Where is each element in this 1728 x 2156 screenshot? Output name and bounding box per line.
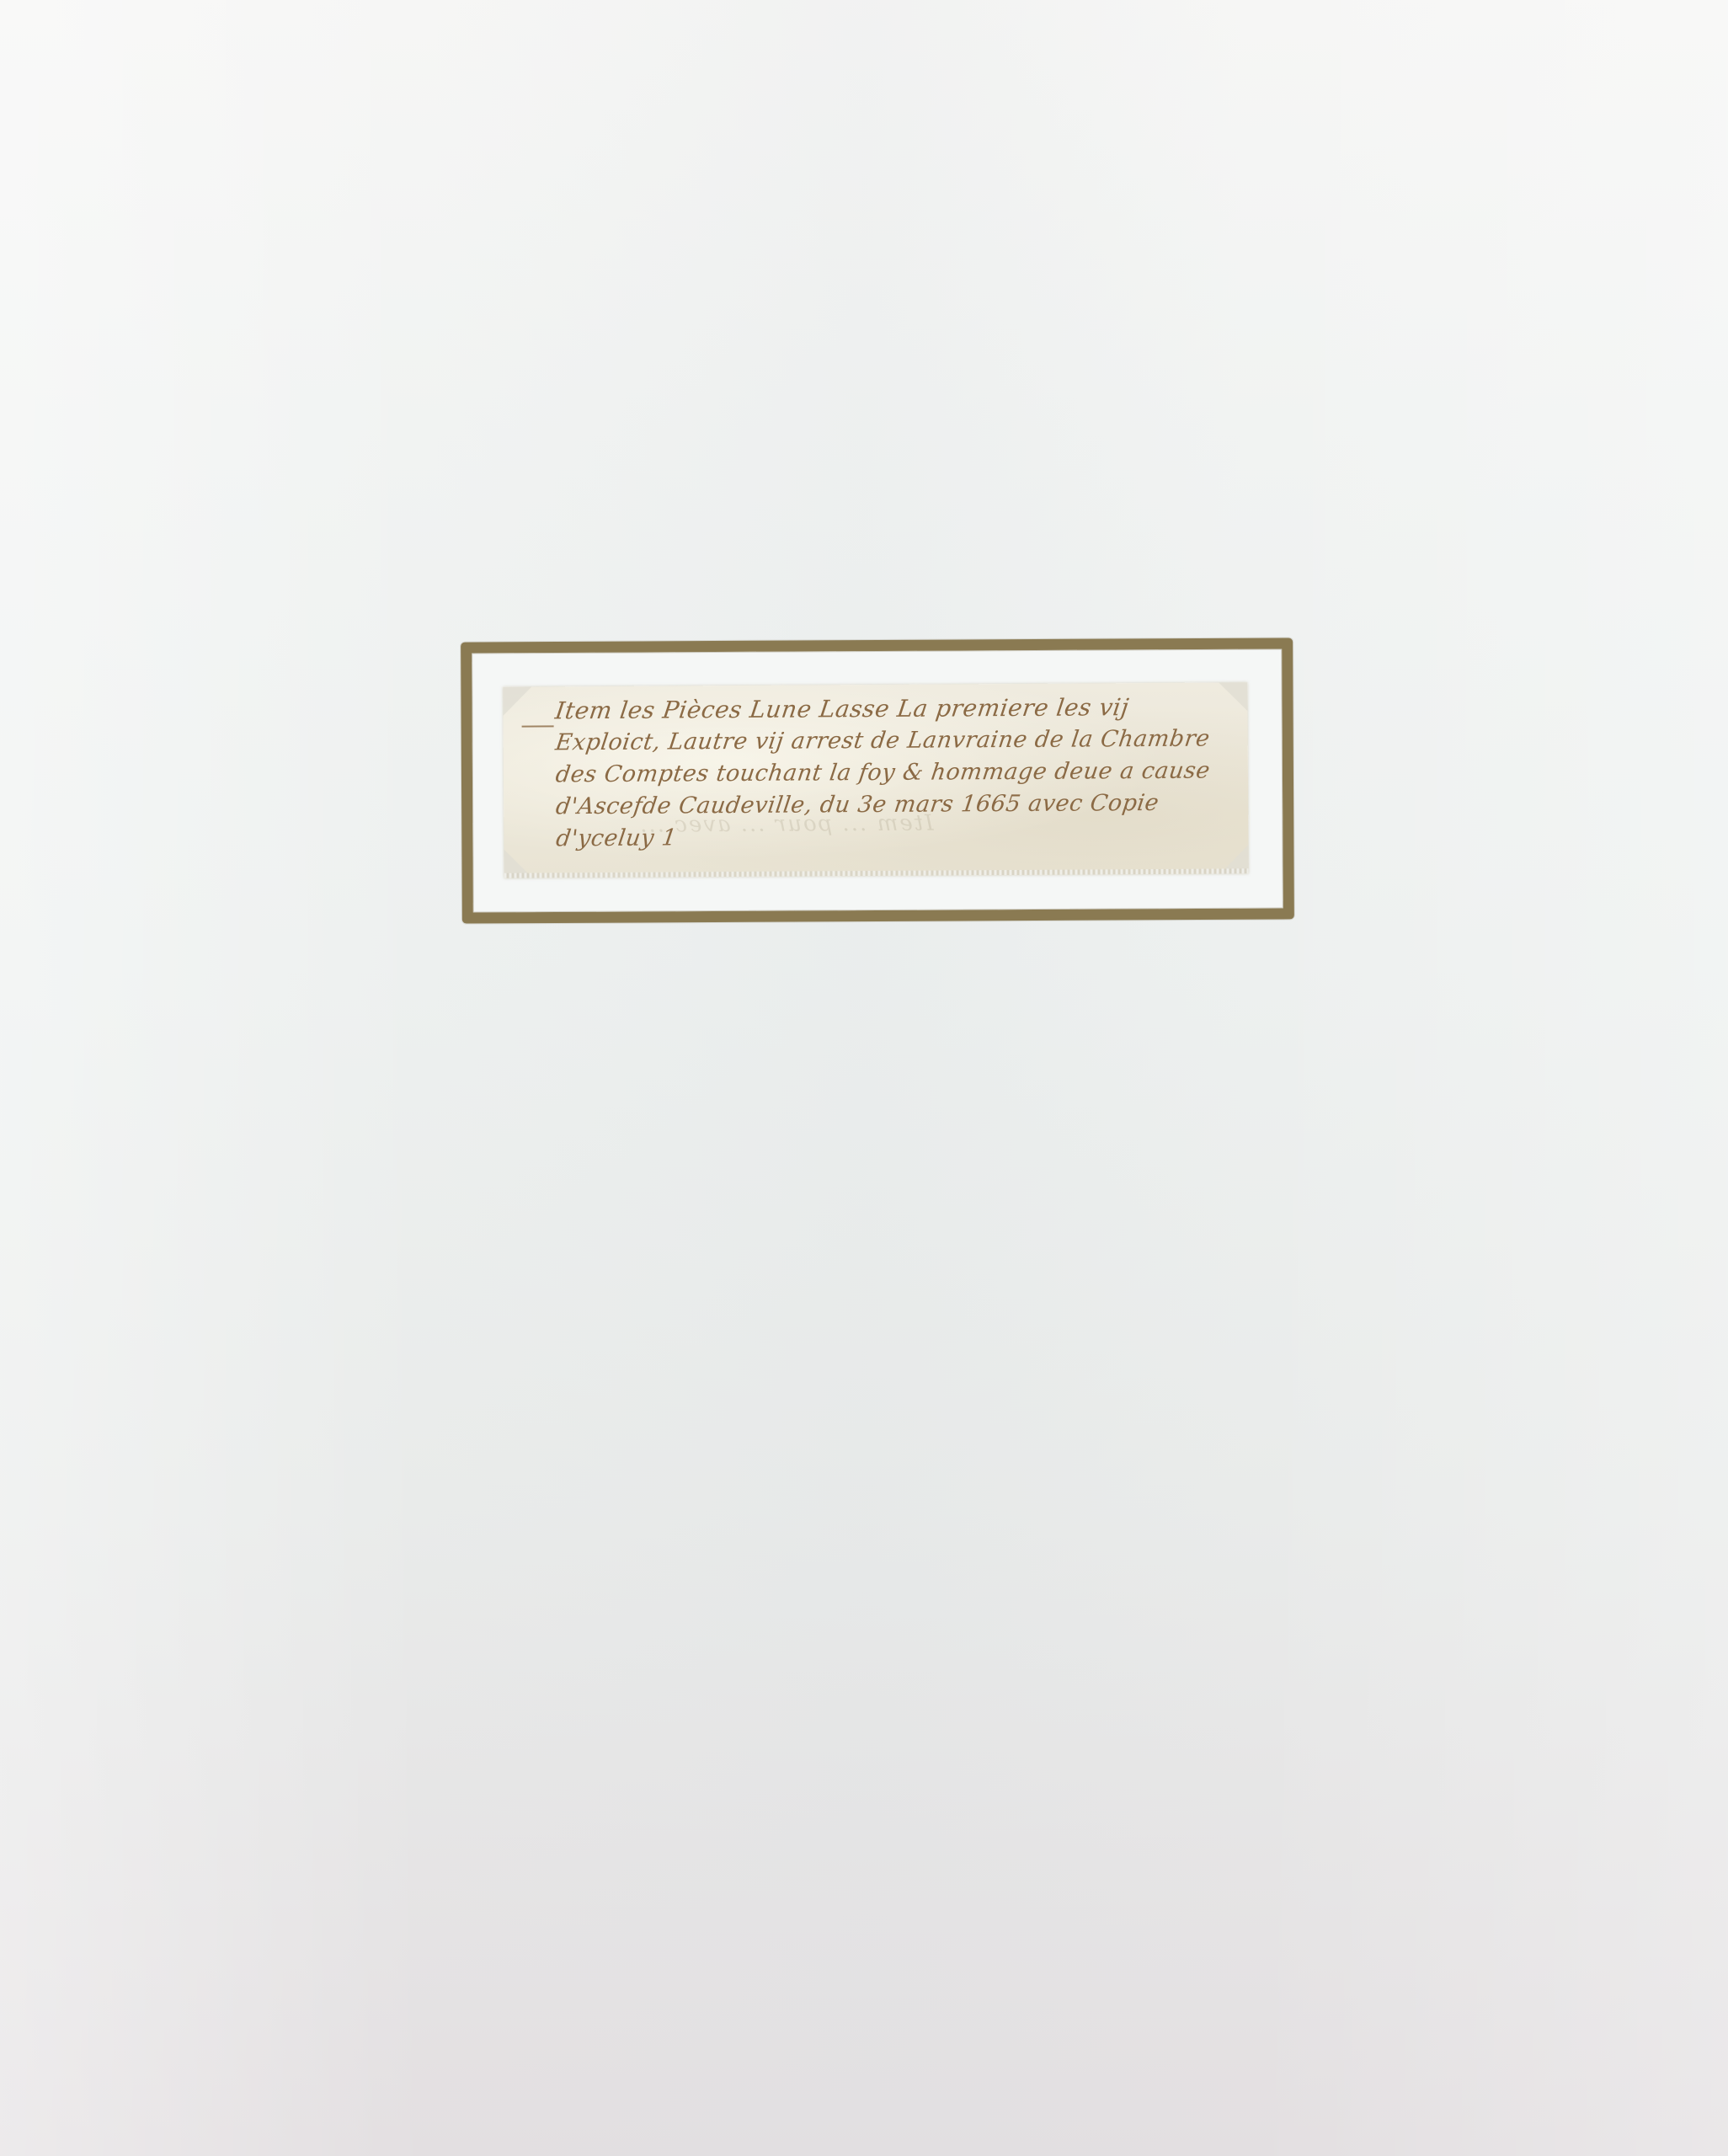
handwritten-text: Item les Pièces Lune Lasse La premiere l… xyxy=(555,691,1229,855)
lead-dash-mark xyxy=(522,725,554,727)
manuscript-line-3: des Comptes touchant la foy & hommage de… xyxy=(553,755,1231,791)
mount-corner-bottom-left xyxy=(504,849,532,878)
background-lighting xyxy=(0,0,1728,2156)
manuscript-line-2: Exploict, Lautre vij arrest de Lanvraine… xyxy=(553,723,1231,759)
manuscript-fragment: Item ... pour ... avec ... Item les Pièc… xyxy=(503,682,1248,878)
mount-corner-top-left xyxy=(503,686,531,715)
manuscript-line-5: d'yceluy 1 xyxy=(554,819,1232,855)
manuscript-line-1: Item les Pièces Lune Lasse La premiere l… xyxy=(553,691,1231,727)
manuscript-line-4: d'Ascefde Caudeville, du 3e mars 1665 av… xyxy=(554,787,1232,823)
